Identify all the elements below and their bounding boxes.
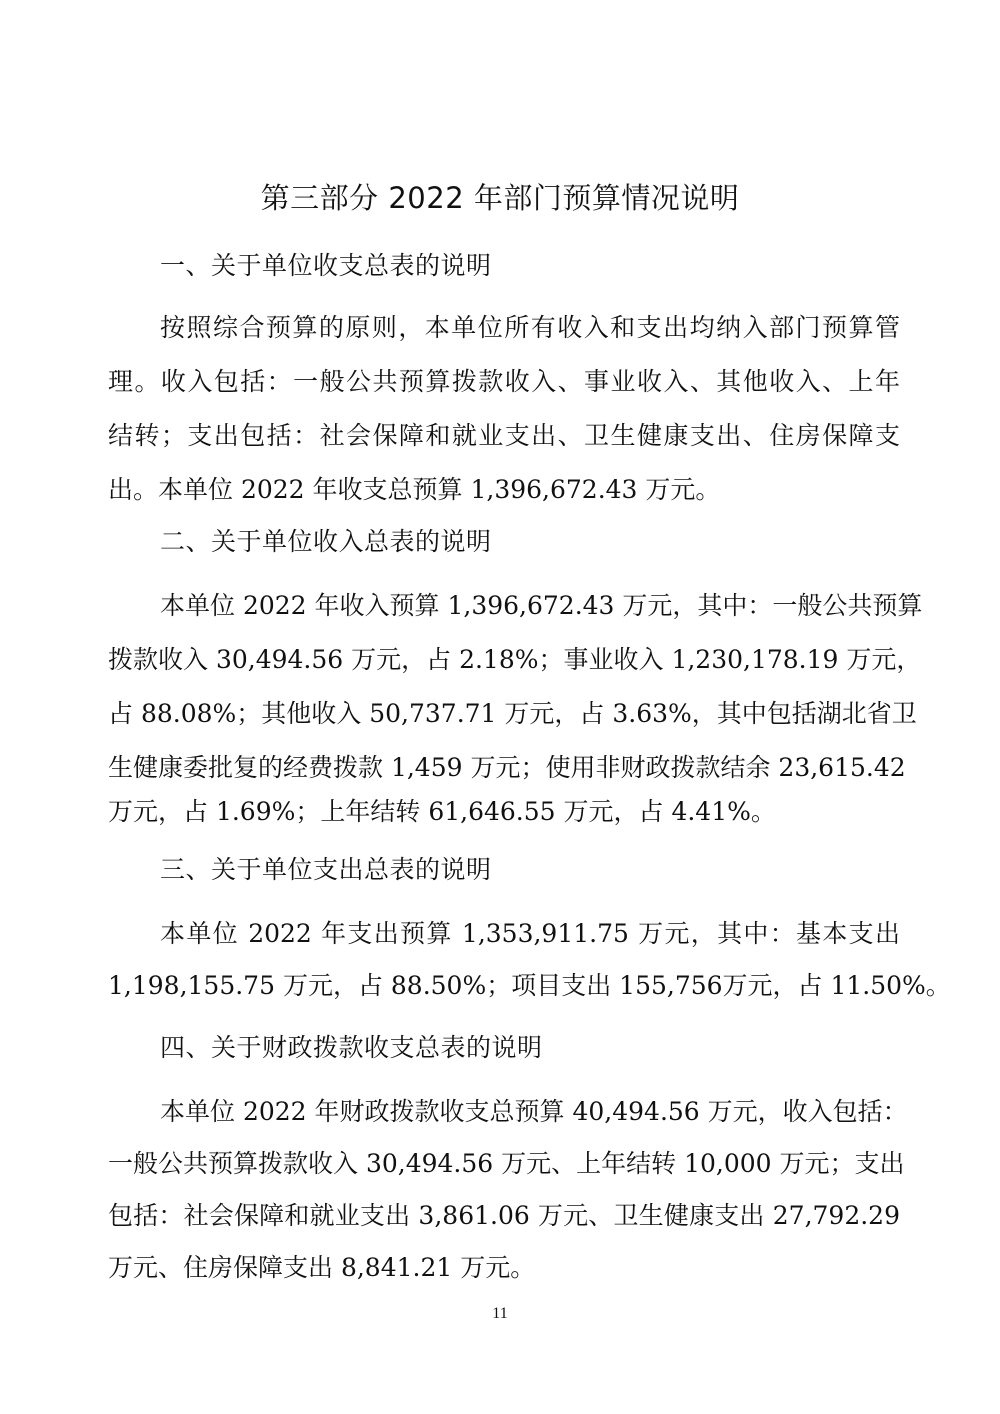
document-title: 第三部分 2022 年部门预算情况说明 (0, 176, 1000, 220)
section-4-line-1: 本单位 2022 年财政拨款收支总预算 40,494.56 万元，收入包括： (160, 1092, 900, 1132)
section-2-line-5: 万元，占 1.69%；上年结转 61,646.55 万元，占 4.41%。 (108, 792, 776, 832)
section-3-line-1: 本单位 2022 年支出预算 1,353,911.75 万元，其中：基本支出 (160, 914, 900, 954)
section-4-line-3: 包括：社会保障和就业支出 3,861.06 万元、卫生健康支出 27,792.2… (108, 1196, 900, 1236)
section-1-line-2: 理。收入包括：一般公共预算拨款收入、事业收入、其他收入、上年 (108, 362, 900, 402)
section-heading-3: 三、关于单位支出总表的说明 (160, 850, 492, 890)
section-heading-4: 四、关于财政拨款收支总表的说明 (160, 1028, 543, 1068)
section-2-line-2: 拨款收入 30,494.56 万元，占 2.18%；事业收入 1,230,178… (108, 640, 900, 680)
section-2-line-3: 占 88.08%；其他收入 50,737.71 万元，占 3.63%，其中包括湖… (108, 694, 900, 734)
section-1-line-4: 出。本单位 2022 年收支总预算 1,396,672.43 万元。 (108, 470, 720, 510)
section-2-line-4: 生健康委批复的经费拨款 1,459 万元；使用非财政拨款结余 23,615.42 (108, 748, 900, 788)
section-3-line-2: 1,198,155.75 万元，占 88.50%；项目支出 155,756万元，… (108, 966, 951, 1006)
section-1-line-1: 按照综合预算的原则，本单位所有收入和支出均纳入部门预算管 (160, 308, 900, 348)
document-page: 第三部分 2022 年部门预算情况说明 一、关于单位收支总表的说明 按照综合预算… (0, 0, 1000, 1414)
section-4-line-2: 一般公共预算拨款收入 30,494.56 万元、上年结转 10,000 万元；支… (108, 1144, 900, 1184)
section-heading-1: 一、关于单位收支总表的说明 (160, 246, 492, 286)
section-heading-2: 二、关于单位收入总表的说明 (160, 522, 492, 562)
page-number: 11 (0, 1304, 1000, 1324)
section-2-line-1: 本单位 2022 年收入预算 1,396,672.43 万元，其中：一般公共预算 (160, 586, 900, 626)
section-1-line-3: 结转；支出包括：社会保障和就业支出、卫生健康支出、住房保障支 (108, 416, 900, 456)
section-4-line-4: 万元、住房保障支出 8,841.21 万元。 (108, 1248, 535, 1288)
